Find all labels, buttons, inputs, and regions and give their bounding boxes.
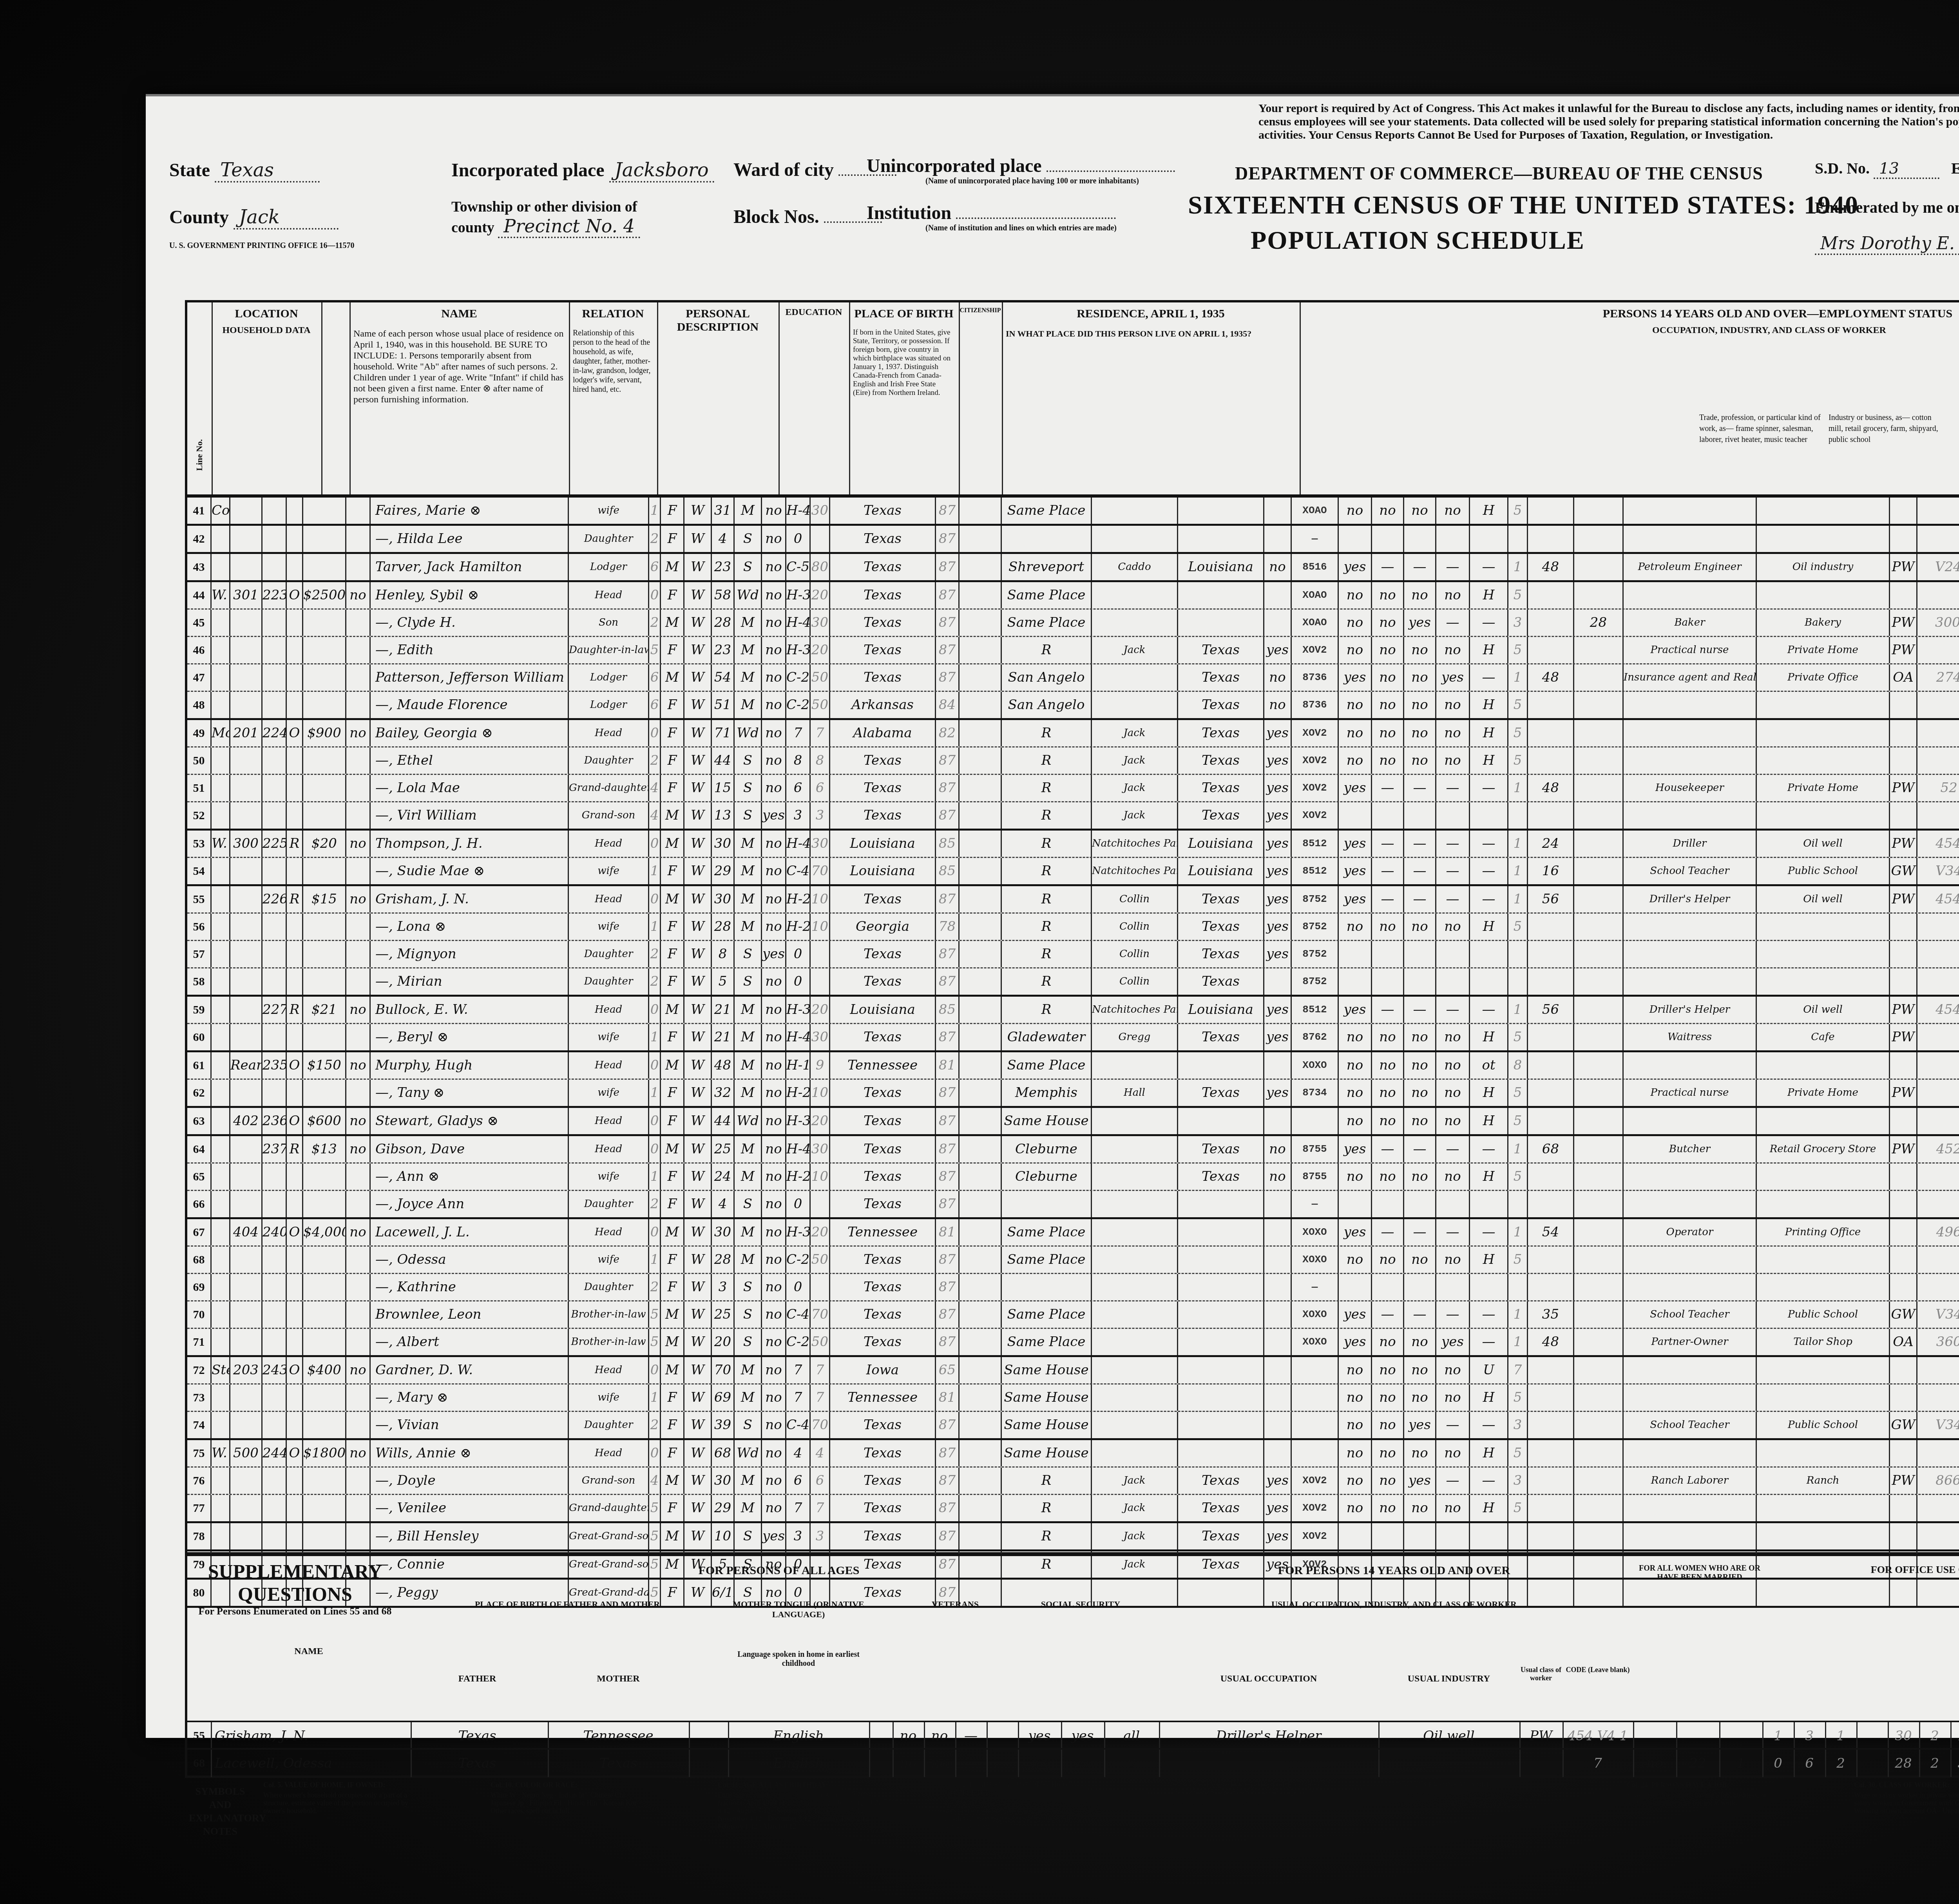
cell-cC: 82: [936, 720, 960, 746]
cell-value: [303, 554, 346, 580]
cell-hh: [263, 1191, 287, 1217]
cell-occupation: [1624, 747, 1757, 774]
cell-unemp: [1574, 914, 1624, 940]
supp-veterans: VETERANS: [893, 1599, 1018, 1609]
cell-c23: no: [1404, 1247, 1436, 1273]
cell-unemp: [1574, 1052, 1624, 1079]
ward-label: Ward of city: [733, 159, 834, 180]
cell-res-state: Texas: [1178, 1024, 1264, 1050]
cell-cB: 30: [811, 831, 830, 857]
cell-line: 58: [187, 968, 212, 995]
cell-hours: 24: [1528, 831, 1574, 857]
cell-own: [287, 1301, 303, 1328]
cell-birthplace: Texas: [830, 1080, 936, 1106]
supp-cell-cJ: 454 V4 1: [1562, 1722, 1634, 1750]
cell-age: 70: [712, 1357, 735, 1383]
cell-hh: 243: [263, 1357, 287, 1383]
cell-occupation: [1624, 802, 1757, 829]
cell-value: [303, 1164, 346, 1190]
cell-res-farm: yes: [1264, 1024, 1292, 1050]
cell-c24: no: [1436, 914, 1470, 940]
cell-street: [212, 1274, 230, 1300]
cell-cA: 1: [649, 1164, 661, 1190]
cell-cA: 0: [649, 1219, 661, 1245]
cell-cF: [1917, 1164, 1959, 1190]
supp-cell-name: Lacewell, Odessa: [211, 1750, 412, 1777]
cell-cC: 87: [936, 802, 960, 829]
cell-res-farm: [1264, 1219, 1292, 1245]
cell-sex: F: [661, 582, 684, 608]
cell-cD: 8752: [1292, 886, 1339, 912]
cell-cE: 5: [1508, 1080, 1528, 1106]
explanatory-note: Col. 14. HIGHEST GRADE OF SCHOOL COMPLET…: [945, 1781, 1110, 1830]
supp-cell-war: —: [955, 1722, 988, 1750]
cell-cit: [960, 1329, 1002, 1355]
cell-sex: F: [661, 775, 684, 801]
cell-sex: F: [661, 914, 684, 940]
cell-industry: [1757, 1052, 1890, 1079]
cell-cD: XOXO: [1292, 1219, 1339, 1245]
cell-cB: 50: [811, 1329, 830, 1355]
cell-res-state: Texas: [1178, 886, 1264, 912]
cell-c23: no: [1404, 1495, 1436, 1521]
cell-birthplace: Texas: [830, 802, 936, 829]
cell-occupation: Partner-Owner: [1624, 1329, 1757, 1355]
cell-c23: no: [1404, 664, 1436, 691]
cell-house: [230, 1329, 263, 1355]
cell-race: W: [684, 1080, 712, 1106]
cell-cE: 3: [1508, 610, 1528, 636]
cell-c22: no: [1372, 664, 1404, 691]
cell-value: [303, 1412, 346, 1438]
cell-cB: 70: [811, 858, 830, 884]
supp-office-cell: [1856, 1750, 1889, 1777]
cell-hh: [263, 1468, 287, 1494]
county-value: Jack: [234, 206, 339, 230]
cell-c21: yes: [1339, 886, 1372, 912]
cell-cA: 6: [649, 692, 661, 718]
cell-unemp: [1574, 1385, 1624, 1411]
cell-class: PW: [1890, 1080, 1917, 1106]
cell-value: $150: [303, 1052, 346, 1079]
cell-hh: [263, 637, 287, 663]
supp-cell-language: English: [728, 1722, 870, 1750]
supp-cell-cI: [987, 1750, 1019, 1777]
cell-industry: [1757, 582, 1890, 608]
cell-cE: [1508, 802, 1528, 829]
cell-class: PW: [1890, 1024, 1917, 1050]
cell-school: no: [762, 1301, 786, 1328]
supp-cell-code: [689, 1722, 729, 1750]
cell-own: [287, 968, 303, 995]
cell-line: 61: [187, 1052, 212, 1079]
cell-house: [230, 1523, 263, 1549]
cell-street: [212, 1301, 230, 1328]
cell-street: [212, 858, 230, 884]
cell-city: R: [1002, 1495, 1092, 1521]
cell-cA: 2: [649, 941, 661, 967]
cell-c24: [1436, 1191, 1470, 1217]
cell-c21: no: [1339, 1247, 1372, 1273]
supp-cell-age-first: 22: [1676, 1750, 1720, 1777]
cell-cC: 85: [936, 997, 960, 1023]
cell-c25: —: [1470, 1329, 1508, 1355]
cell-value: $20: [303, 831, 346, 857]
cell-cB: 20: [811, 1219, 830, 1245]
explanatory-note: Col. 5. VALUE OF HOME, IF OWNED:Where ow…: [263, 1781, 428, 1815]
cell-cit: [960, 1412, 1002, 1438]
explanatory-note: Col. 24. PERSONS HAVE A JOB:Enter "Yes" …: [1627, 1781, 1791, 1807]
cell-name: —, Kathrine: [371, 1274, 569, 1300]
cell-c25: H: [1470, 1164, 1508, 1190]
supp-cell-usual-occ: [1159, 1750, 1380, 1777]
cell-occupation: School Teacher: [1624, 1301, 1757, 1328]
cell-hh: [263, 941, 287, 967]
cell-unemp: 28: [1574, 610, 1624, 636]
cell-cB: 7: [811, 1495, 830, 1521]
unincorporated-label: Unincorporated place: [867, 156, 1042, 176]
cell-sex: M: [661, 664, 684, 691]
cell-line: 67: [187, 1219, 212, 1245]
table-row: 75W. Archer500244O$1800noWills, Annie ⊗H…: [187, 1440, 1959, 1468]
cell-c24: no: [1436, 1080, 1470, 1106]
cell-hours: 68: [1528, 1136, 1574, 1162]
cell-cB: 80: [811, 554, 830, 580]
township-field: Township or other division of county Pre…: [451, 198, 655, 238]
cell-cit: [960, 747, 1002, 774]
cell-name: —, Bill Hensley: [371, 1523, 569, 1549]
cell-cB: 70: [811, 1301, 830, 1328]
cell-city: Memphis: [1002, 1080, 1092, 1106]
cell-race: W: [684, 1495, 712, 1521]
cell-relation: Grand-daughter-in-law: [569, 1495, 649, 1521]
cell-grade: H-1: [786, 1052, 811, 1079]
cell-res-county: Hall: [1092, 1080, 1178, 1106]
cell-hh: [263, 1523, 287, 1549]
cell-cit: [960, 968, 1002, 995]
cell-sex: F: [661, 941, 684, 967]
cell-industry: Cafe: [1757, 1024, 1890, 1050]
cell-city: R: [1002, 997, 1092, 1023]
cell-res-farm: yes: [1264, 858, 1292, 884]
cell-c23: no: [1404, 747, 1436, 774]
cell-c24: no: [1436, 637, 1470, 663]
cell-industry: Public School: [1757, 1412, 1890, 1438]
cell-res-farm: yes: [1264, 775, 1292, 801]
cell-c23: [1404, 968, 1436, 995]
cell-hh: [263, 610, 287, 636]
cell-c23: no: [1404, 914, 1436, 940]
cell-c24: —: [1436, 886, 1470, 912]
cell-age: 44: [712, 747, 735, 774]
cell-birthplace: Texas: [830, 1274, 936, 1300]
cell-hh: 223: [263, 582, 287, 608]
cell-own: [287, 775, 303, 801]
cell-city: Same House: [1002, 1357, 1092, 1383]
cell-unemp: [1574, 968, 1624, 995]
cell-c22: no: [1372, 1440, 1404, 1466]
cell-c23: —: [1404, 1301, 1436, 1328]
cell-cD: —: [1292, 1191, 1339, 1217]
cell-grade: 6: [786, 775, 811, 801]
supp-cell-married-more: [1633, 1722, 1677, 1750]
header-education: EDUCATION: [779, 302, 850, 494]
cell-res-farm: [1264, 498, 1292, 524]
cell-class: GW: [1890, 1301, 1917, 1328]
cell-relation: Daughter: [569, 1412, 649, 1438]
cell-marital: M: [735, 1052, 762, 1079]
cell-own: [287, 1164, 303, 1190]
cell-school: no: [762, 747, 786, 774]
cell-hours: [1528, 720, 1574, 746]
cell-cA: 2: [649, 526, 661, 552]
cell-school: no: [762, 1247, 786, 1273]
cell-c25: —: [1470, 610, 1508, 636]
cell-cB: 20: [811, 582, 830, 608]
cell-cA: 0: [649, 720, 661, 746]
table-row: 42—, Hilda LeeDaughter2FW4Sno0Texas87—42: [187, 526, 1959, 554]
supp-cell-mother: Texas: [548, 1750, 690, 1777]
cell-relation: Daughter: [569, 526, 649, 552]
cell-birthplace: Texas: [830, 1412, 936, 1438]
table-row: 44W. First301223O$2500noHenley, Sybil ⊗H…: [187, 582, 1959, 610]
cell-grade: C-2: [786, 1247, 811, 1273]
cell-cC: 87: [936, 775, 960, 801]
cell-relation: Head: [569, 582, 649, 608]
cell-c25: [1470, 1523, 1508, 1549]
cell-res-county: [1092, 1108, 1178, 1134]
cell-farm: no: [346, 1052, 371, 1079]
cell-birthplace: Texas: [830, 1468, 936, 1494]
cell-res-state: Louisiana: [1178, 554, 1264, 580]
supp-office: FOR OFFICE USE ONLY—DO NOT WRITE IN THES…: [1770, 1564, 1959, 1576]
cell-relation: Daughter: [569, 941, 649, 967]
cell-c23: no: [1404, 498, 1436, 524]
cell-c23: —: [1404, 554, 1436, 580]
cell-sex: M: [661, 610, 684, 636]
cell-cF: [1917, 914, 1959, 940]
cell-cC: 87: [936, 637, 960, 663]
cell-relation: Grand-daughter: [569, 775, 649, 801]
cell-sex: F: [661, 526, 684, 552]
cell-industry: [1757, 747, 1890, 774]
cell-hh: [263, 968, 287, 995]
cell-sex: F: [661, 1274, 684, 1300]
cell-farm: [346, 610, 371, 636]
cell-occupation: Driller's Helper: [1624, 886, 1757, 912]
cell-school: no: [762, 582, 786, 608]
cell-res-county: Collin: [1092, 914, 1178, 940]
cell-cB: [811, 968, 830, 995]
cell-name: Lacewell, J. L.: [371, 1219, 569, 1245]
cell-cA: 0: [649, 1440, 661, 1466]
cell-cC: 87: [936, 747, 960, 774]
cell-street: [212, 664, 230, 691]
cell-marital: M: [735, 1136, 762, 1162]
cell-street: [212, 1523, 230, 1549]
cell-marital: S: [735, 554, 762, 580]
cell-cit: [960, 1219, 1002, 1245]
census-title: SIXTEENTH CENSUS OF THE UNITED STATES: 1…: [1188, 190, 1859, 220]
cell-c25: [1470, 1191, 1508, 1217]
cell-hours: [1528, 1440, 1574, 1466]
cell-res-county: Natchitoches Parish: [1092, 858, 1178, 884]
cell-relation: wife: [569, 1385, 649, 1411]
supp-cell-line: 55: [187, 1722, 212, 1750]
cell-house: 201: [230, 720, 263, 746]
block-label: Block Nos.: [733, 206, 819, 227]
cell-birthplace: Texas: [830, 1191, 936, 1217]
cell-street: [212, 1247, 230, 1273]
cell-class: [1890, 1274, 1917, 1300]
cell-school: yes: [762, 1523, 786, 1549]
cell-cD: XOV2: [1292, 720, 1339, 746]
cell-marital: M: [735, 1468, 762, 1494]
note-title: Col. 21. PERSONS AT WORK:: [1400, 1781, 1564, 1789]
cell-res-state: [1178, 610, 1264, 636]
supp-cell-father: Texas: [407, 1722, 549, 1750]
supplementary-title: SUPPLEMENTARY QUESTIONS: [191, 1560, 399, 1605]
supp-cell-ss-deducted: no: [1061, 1750, 1105, 1777]
cell-cF: V24 V4 1: [1917, 554, 1959, 580]
cell-cE: 1: [1508, 1329, 1528, 1355]
cell-farm: no: [346, 1440, 371, 1466]
cell-house: 203: [230, 1357, 263, 1383]
cell-industry: [1757, 720, 1890, 746]
cell-school: yes: [762, 941, 786, 967]
cell-cD: XOXO: [1292, 1247, 1339, 1273]
cell-res-state: Texas: [1178, 775, 1264, 801]
cell-res-state: Texas: [1178, 664, 1264, 691]
cell-sex: F: [661, 1412, 684, 1438]
cell-cE: 8: [1508, 1052, 1528, 1079]
cell-cF: [1917, 1274, 1959, 1300]
cell-grade: C-4: [786, 858, 811, 884]
cell-city: Same House: [1002, 1440, 1092, 1466]
cell-own: [287, 692, 303, 718]
cell-name: Gibson, Dave: [371, 1136, 569, 1162]
cell-class: PW: [1890, 610, 1917, 636]
cell-own: [287, 1495, 303, 1521]
cell-occupation: Ranch Laborer: [1624, 1468, 1757, 1494]
cell-race: W: [684, 886, 712, 912]
cell-marital: M: [735, 997, 762, 1023]
cell-line: 77: [187, 1495, 212, 1521]
cell-cC: 87: [936, 1274, 960, 1300]
supp-office-cell: 50: [1950, 1750, 1959, 1777]
cell-city: R: [1002, 747, 1092, 774]
cell-sex: M: [661, 1301, 684, 1328]
cell-class: [1890, 526, 1917, 552]
cell-c25: [1470, 802, 1508, 829]
cell-line: 50: [187, 747, 212, 774]
cell-cE: 1: [1508, 554, 1528, 580]
cell-cF: 300 XV 1: [1917, 610, 1959, 636]
cell-c24: [1436, 1523, 1470, 1549]
cell-res-county: [1092, 1164, 1178, 1190]
supp-hdr-usual-occ: USUAL OCCUPATION: [1159, 1674, 1378, 1684]
cell-class: [1890, 720, 1917, 746]
cell-c23: no: [1404, 1052, 1436, 1079]
cell-cF: 452 61 1: [1917, 1136, 1959, 1162]
cell-city: R: [1002, 775, 1092, 801]
cell-class: [1890, 582, 1917, 608]
group-citizenship: CITIZENSHIP: [959, 302, 1002, 314]
cell-street: [212, 997, 230, 1023]
cell-street: [212, 1329, 230, 1355]
cell-marital: S: [735, 1329, 762, 1355]
cell-age: 25: [712, 1301, 735, 1328]
cell-c25: H: [1470, 692, 1508, 718]
cell-unemp: [1574, 1191, 1624, 1217]
note-title: Col. 10. COLOR OR RACE:: [491, 1781, 655, 1789]
cell-cA: 5: [649, 1495, 661, 1521]
cell-class: [1890, 692, 1917, 718]
cell-street: [212, 775, 230, 801]
cell-race: W: [684, 747, 712, 774]
cell-name: Tarver, Jack Hamilton: [371, 554, 569, 580]
cell-c22: —: [1372, 554, 1404, 580]
cell-c24: no: [1436, 1052, 1470, 1079]
cell-age: 15: [712, 775, 735, 801]
cell-marital: M: [735, 498, 762, 524]
cell-hours: [1528, 692, 1574, 718]
cell-res-farm: yes: [1264, 1523, 1292, 1549]
cell-cE: 1: [1508, 1136, 1528, 1162]
cell-house: [230, 1301, 263, 1328]
cell-unemp: [1574, 858, 1624, 884]
cell-cD: 8762: [1292, 1024, 1339, 1050]
state-value: Texas: [215, 159, 320, 183]
cell-cD: 8755: [1292, 1164, 1339, 1190]
cell-class: PW: [1890, 554, 1917, 580]
cell-city: [1002, 1274, 1092, 1300]
cell-res-farm: yes: [1264, 941, 1292, 967]
cell-occupation: [1624, 1495, 1757, 1521]
cell-grade: C-5: [786, 554, 811, 580]
cell-sex: F: [661, 1191, 684, 1217]
cell-c22: [1372, 1274, 1404, 1300]
cell-res-farm: [1264, 1440, 1292, 1466]
table-row: 76—, DoyleGrand-son4MW30Mno66Texas87RJac…: [187, 1468, 1959, 1495]
cell-res-county: [1092, 1274, 1178, 1300]
cell-c21: no: [1339, 692, 1372, 718]
cell-cC: 84: [936, 692, 960, 718]
cell-street: [212, 554, 230, 580]
cell-industry: [1757, 1357, 1890, 1383]
cell-line: 51: [187, 775, 212, 801]
cell-industry: Private Office: [1757, 664, 1890, 691]
cell-c21: yes: [1339, 775, 1372, 801]
cell-street: [212, 1164, 230, 1190]
cell-cD: 8512: [1292, 858, 1339, 884]
cell-line: 48: [187, 692, 212, 718]
cell-cB: 20: [811, 997, 830, 1023]
cell-own: [287, 1024, 303, 1050]
cell-c23: —: [1404, 997, 1436, 1023]
header-employment: PERSONS 14 YEARS OLD AND OVER—EMPLOYMENT…: [1300, 302, 1959, 494]
cell-race: W: [684, 637, 712, 663]
cell-city: Shreveport: [1002, 554, 1092, 580]
cell-c25: —: [1470, 1219, 1508, 1245]
cell-hh: [263, 1024, 287, 1050]
cell-own: R: [287, 831, 303, 857]
cell-c25: H: [1470, 720, 1508, 746]
cell-hours: [1528, 582, 1574, 608]
cell-grade: C-2: [786, 692, 811, 718]
supp-usual-occ-group: USUAL OCCUPATION, INDUSTRY, AND CLASS OF…: [1159, 1599, 1629, 1609]
cell-farm: [346, 941, 371, 967]
